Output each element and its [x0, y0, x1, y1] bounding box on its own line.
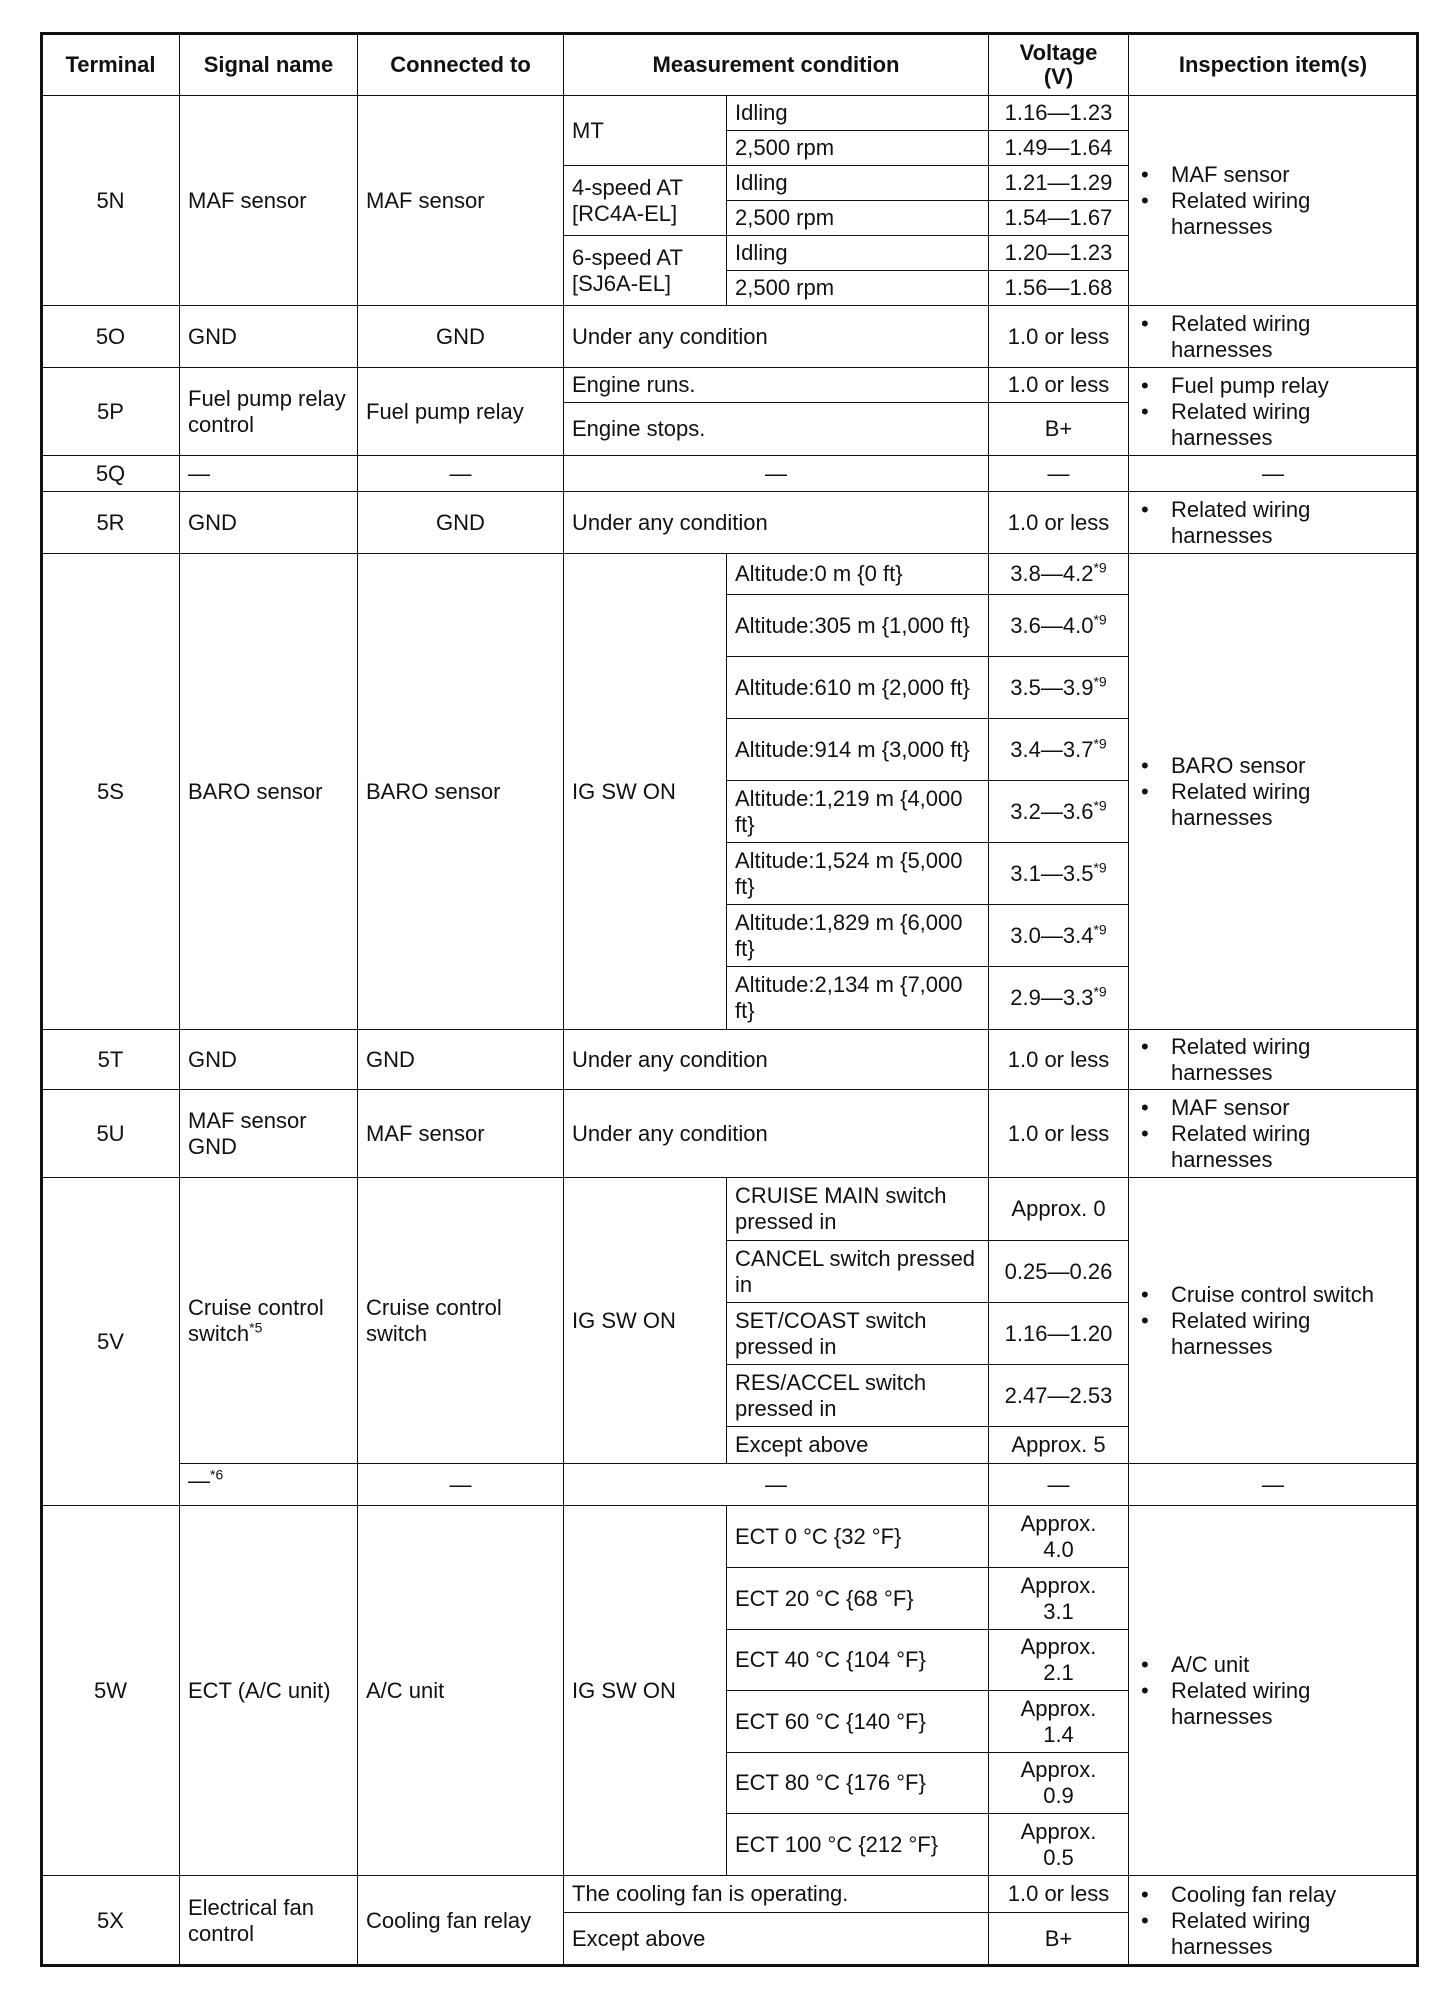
terminal-cell-text: 5T: [98, 1047, 124, 1073]
voltage-cell-text: Approx. 4.0: [1015, 1511, 1102, 1563]
condition-cell-text: 2,500 rpm: [735, 135, 834, 161]
inspection-list: •Related wiring harnesses: [1137, 311, 1409, 363]
voltage-cell: Approx. 0: [988, 1177, 1129, 1241]
signal-name-cell-text: MAF sensor GND: [188, 1108, 349, 1160]
inspection-items-text: —: [1262, 1472, 1284, 1498]
ect-condition-cell: ECT 60 °C {140 °F}: [726, 1690, 989, 1753]
voltage-cell-text: B+: [1045, 1926, 1073, 1952]
inspection-list-item: •BARO sensor: [1137, 753, 1409, 779]
signal-name-cell: BARO sensor: [179, 553, 358, 1030]
signal-name-cell-text: MAF sensor: [188, 188, 307, 214]
voltage-cell: 1.49—1.64: [988, 130, 1129, 166]
connected-to-cell: GND: [357, 1029, 564, 1090]
bullet-icon: •: [1137, 1095, 1171, 1121]
voltage-cell-text: —: [1048, 1472, 1070, 1498]
ect-condition-cell: ECT 0 °C {32 °F}: [726, 1505, 989, 1568]
signal-name-cell-text: GND: [188, 1047, 237, 1073]
voltage-cell-text: B+: [1045, 416, 1073, 442]
switch-condition-cell: SET/COAST switch pressed in: [726, 1302, 989, 1365]
inspection-item-text: Cooling fan relay: [1171, 1882, 1336, 1908]
voltage-cell: 1.16—1.20: [988, 1302, 1129, 1365]
inspection-item-text: Related wiring harnesses: [1171, 1034, 1409, 1086]
voltage-cell: 3.4—3.7*9: [988, 718, 1129, 781]
inspection-item-text: Cruise control switch: [1171, 1282, 1374, 1308]
signal-name-cell-text: GND: [188, 510, 237, 536]
signal-name-cell-text: GND: [188, 324, 237, 350]
voltage-cell: Approx. 5: [988, 1426, 1129, 1464]
connected-to-cell-text: Cooling fan relay: [366, 1908, 531, 1934]
inspection-item-text: MAF sensor: [1171, 1095, 1290, 1121]
connected-to-cell-text: BARO sensor: [366, 779, 501, 805]
inspection-item-text: A/C unit: [1171, 1652, 1249, 1678]
inspection-list: •Related wiring harnesses: [1137, 1034, 1409, 1086]
ect-condition-cell-text: ECT 0 °C {32 °F}: [735, 1524, 901, 1550]
header-signal-name: Signal name: [179, 33, 358, 96]
voltage-cell: 1.54—1.67: [988, 200, 1129, 236]
header-inspection-items: Inspection item(s): [1128, 33, 1418, 96]
voltage-cell: 2.47—2.53: [988, 1364, 1129, 1427]
header-terminal-text: Terminal: [65, 53, 155, 77]
switch-condition-cell-text: RES/ACCEL switch pressed in: [735, 1370, 980, 1422]
connected-to-cell-text: —: [450, 461, 472, 487]
terminal-cell: 5X: [41, 1875, 180, 1966]
footnote-marker: *9: [1093, 611, 1106, 627]
terminal-cell: 5W: [41, 1505, 180, 1876]
inspection-list-item: •Related wiring harnesses: [1137, 1121, 1409, 1173]
bullet-icon: •: [1137, 311, 1171, 363]
terminal-cell-text: 5X: [97, 1908, 124, 1934]
footnote-marker: *9: [1093, 673, 1106, 689]
terminal-cell-text: 5W: [94, 1678, 127, 1704]
signal-name-cell: Electrical fan control: [179, 1875, 358, 1966]
inspection-list-item: •Related wiring harnesses: [1137, 1678, 1409, 1730]
inspection-item-text: Related wiring harnesses: [1171, 497, 1409, 549]
signal-name-cell: MAF sensor GND: [179, 1089, 358, 1178]
voltage-cell-text: 1.20—1.23: [1005, 240, 1113, 266]
voltage-cell: Approx. 4.0: [988, 1505, 1129, 1568]
transmission-type-cell: 4-speed AT [RC4A-EL]: [563, 165, 727, 236]
terminal-cell: 5U: [41, 1089, 180, 1178]
condition-cell: Idling: [726, 95, 989, 131]
voltage-cell-text: Approx. 2.1: [1015, 1634, 1102, 1686]
connected-to-cell-text: MAF sensor: [366, 1121, 485, 1147]
voltage-cell-text: 3.0—3.4*9: [1010, 923, 1106, 949]
inspection-items: •BARO sensor•Related wiring harnesses: [1128, 553, 1418, 1030]
connected-to-cell: A/C unit: [357, 1505, 564, 1876]
signal-name-cell-text: Cruise control switch*5: [188, 1295, 349, 1347]
terminal-cell: 5O: [41, 305, 180, 368]
voltage-cell: 1.0 or less: [988, 367, 1129, 403]
voltage-cell: —: [988, 1463, 1129, 1506]
voltage-cell-text: 3.5—3.9*9: [1010, 675, 1106, 701]
inspection-items-text: —: [1262, 461, 1284, 487]
voltage-cell-text: 0.25—0.26: [1005, 1259, 1113, 1285]
condition-cell-text: Idling: [735, 100, 788, 126]
terminal-cell-text: 5S: [97, 779, 124, 805]
bullet-icon: •: [1137, 373, 1171, 399]
connected-to-cell: MAF sensor: [357, 95, 564, 306]
altitude-condition-cell: Altitude:1,524 m {5,000 ft}: [726, 842, 989, 905]
footnote-marker: *9: [1093, 921, 1106, 937]
inspection-list-item: •Related wiring harnesses: [1137, 311, 1409, 363]
signal-name-cell: MAF sensor: [179, 95, 358, 306]
altitude-condition-cell-text: Altitude:914 m {3,000 ft}: [735, 737, 970, 763]
inspection-list: •MAF sensor•Related wiring harnesses: [1137, 1095, 1409, 1173]
condition-cell-text: Under any condition: [572, 1047, 768, 1073]
inspection-items: •Related wiring harnesses: [1128, 1029, 1418, 1090]
condition-cell: 2,500 rpm: [726, 270, 989, 306]
bullet-icon: •: [1137, 1678, 1171, 1730]
altitude-condition-cell: Altitude:914 m {3,000 ft}: [726, 718, 989, 781]
condition-cell-text: Idling: [735, 240, 788, 266]
header-voltage-text: Voltage (V): [1015, 41, 1102, 89]
voltage-cell-text: 1.16—1.23: [1005, 100, 1113, 126]
voltage-cell-text: 1.21—1.29: [1005, 170, 1113, 196]
transmission-type-cell: MT: [563, 95, 727, 166]
inspection-list-item: •Cruise control switch: [1137, 1282, 1409, 1308]
condition-cell: The cooling fan is operating.: [563, 1875, 989, 1913]
voltage-cell-text: Approx. 0.5: [1015, 1819, 1102, 1871]
condition-cell: Idling: [726, 235, 989, 271]
condition-cell: Under any condition: [563, 1089, 989, 1178]
bullet-icon: •: [1137, 1121, 1171, 1173]
inspection-list: •BARO sensor•Related wiring harnesses: [1137, 753, 1409, 831]
terminal-cell-text: 5N: [96, 188, 124, 214]
switch-condition-cell: RES/ACCEL switch pressed in: [726, 1364, 989, 1427]
signal-name-cell: GND: [179, 305, 358, 368]
condition-cell-text: Under any condition: [572, 510, 768, 536]
altitude-condition-cell-text: Altitude:0 m {0 ft}: [735, 561, 903, 587]
voltage-cell-text: 1.0 or less: [1008, 1881, 1110, 1907]
condition-cell: Under any condition: [563, 305, 989, 368]
inspection-list: •Fuel pump relay•Related wiring harnesse…: [1137, 373, 1409, 451]
condition-cell: —: [563, 455, 989, 492]
signal-name-cell: Fuel pump relay control: [179, 367, 358, 456]
inspection-list-item: •Related wiring harnesses: [1137, 497, 1409, 549]
voltage-cell-text: 3.2—3.6*9: [1010, 799, 1106, 825]
header-signal-name-text: Signal name: [204, 53, 334, 77]
ect-condition-cell-text: ECT 100 °C {212 °F}: [735, 1832, 938, 1858]
ect-condition-cell-text: ECT 40 °C {104 °F}: [735, 1647, 926, 1673]
inspection-item-text: MAF sensor: [1171, 162, 1290, 188]
inspection-items: •MAF sensor•Related wiring harnesses: [1128, 95, 1418, 306]
bullet-icon: •: [1137, 753, 1171, 779]
terminal-cell: 5R: [41, 491, 180, 554]
footnote-marker: *5: [249, 1319, 262, 1335]
bullet-icon: •: [1137, 188, 1171, 240]
condition-cell: IG SW ON: [563, 1505, 727, 1876]
inspection-item-text: Related wiring harnesses: [1171, 1308, 1409, 1360]
inspection-list-item: •Cooling fan relay: [1137, 1882, 1409, 1908]
terminal-cell-text: 5P: [97, 399, 124, 425]
voltage-cell: 3.5—3.9*9: [988, 656, 1129, 719]
connected-to-cell: —: [357, 1463, 564, 1506]
condition-cell-text: Idling: [735, 170, 788, 196]
connected-to-cell: MAF sensor: [357, 1089, 564, 1178]
header-terminal: Terminal: [41, 33, 180, 96]
transmission-type-cell-text: 4-speed AT [RC4A-EL]: [572, 175, 718, 227]
terminal-cell-text: 5U: [96, 1121, 124, 1147]
voltage-cell-text: 3.1—3.5*9: [1010, 861, 1106, 887]
condition-cell: Engine stops.: [563, 402, 989, 456]
voltage-cell: 3.6—4.0*9: [988, 594, 1129, 657]
terminal-voltage-table: TerminalSignal nameConnected toMeasureme…: [0, 0, 1456, 2006]
voltage-cell: —: [988, 455, 1129, 492]
altitude-condition-cell-text: Altitude:305 m {1,000 ft}: [735, 613, 970, 639]
voltage-cell-text: 1.0 or less: [1008, 372, 1110, 398]
voltage-cell: 1.0 or less: [988, 1089, 1129, 1178]
terminal-cell: 5V: [41, 1177, 180, 1506]
switch-condition-cell-text: CRUISE MAIN switch pressed in: [735, 1183, 980, 1235]
inspection-list: •Cooling fan relay•Related wiring harnes…: [1137, 1882, 1409, 1960]
inspection-item-text: Related wiring harnesses: [1171, 1121, 1409, 1173]
switch-condition-cell: CRUISE MAIN switch pressed in: [726, 1177, 989, 1241]
voltage-cell: Approx. 0.5: [988, 1813, 1129, 1876]
inspection-list: •MAF sensor•Related wiring harnesses: [1137, 162, 1409, 240]
voltage-cell: 3.8—4.2*9: [988, 553, 1129, 595]
inspection-items: •A/C unit•Related wiring harnesses: [1128, 1505, 1418, 1876]
terminal-cell: 5S: [41, 553, 180, 1030]
signal-name-cell: GND: [179, 1029, 358, 1090]
ect-condition-cell: ECT 100 °C {212 °F}: [726, 1813, 989, 1876]
condition-cell: Under any condition: [563, 491, 989, 554]
footnote-marker: *9: [1093, 859, 1106, 875]
signal-name-cell: ECT (A/C unit): [179, 1505, 358, 1876]
voltage-cell-text: Approx. 5: [1011, 1432, 1105, 1458]
connected-to-cell: Cooling fan relay: [357, 1875, 564, 1966]
connected-to-cell: GND: [357, 305, 564, 368]
inspection-list-item: •MAF sensor: [1137, 162, 1409, 188]
transmission-type-cell-text: MT: [572, 118, 604, 144]
inspection-list-item: •Related wiring harnesses: [1137, 779, 1409, 831]
voltage-cell: Approx. 2.1: [988, 1629, 1129, 1691]
altitude-condition-cell: Altitude:2,134 m {7,000 ft}: [726, 966, 989, 1030]
bullet-icon: •: [1137, 1652, 1171, 1678]
footnote-marker: *9: [1093, 984, 1106, 1000]
inspection-item-text: Related wiring harnesses: [1171, 188, 1409, 240]
connected-to-cell: Cruise control switch: [357, 1177, 564, 1464]
inspection-item-text: Related wiring harnesses: [1171, 399, 1409, 451]
signal-name-cell-text: BARO sensor: [188, 779, 323, 805]
ect-condition-cell: ECT 40 °C {104 °F}: [726, 1629, 989, 1691]
voltage-cell: 1.0 or less: [988, 491, 1129, 554]
condition-cell: Under any condition: [563, 1029, 989, 1090]
altitude-condition-cell-text: Altitude:1,219 m {4,000 ft}: [735, 786, 980, 838]
voltage-cell-text: 1.56—1.68: [1005, 275, 1113, 301]
transmission-type-cell: 6-speed AT [SJ6A-EL]: [563, 235, 727, 306]
inspection-list: •Cruise control switch•Related wiring ha…: [1137, 1282, 1409, 1360]
voltage-cell: 1.16—1.23: [988, 95, 1129, 131]
bullet-icon: •: [1137, 779, 1171, 831]
condition-cell-text: IG SW ON: [572, 779, 676, 805]
voltage-cell-text: 1.49—1.64: [1005, 135, 1113, 161]
voltage-cell: 3.0—3.4*9: [988, 904, 1129, 967]
connected-to-cell: BARO sensor: [357, 553, 564, 1030]
inspection-items: •Related wiring harnesses: [1128, 305, 1418, 368]
footnote-marker: *9: [1093, 735, 1106, 751]
altitude-condition-cell-text: Altitude:2,134 m {7,000 ft}: [735, 972, 980, 1024]
inspection-items: •Fuel pump relay•Related wiring harnesse…: [1128, 367, 1418, 456]
signal-name-cell: GND: [179, 491, 358, 554]
ect-condition-cell: ECT 20 °C {68 °F}: [726, 1567, 989, 1630]
inspection-item-text: BARO sensor: [1171, 753, 1306, 779]
inspection-items: •Cruise control switch•Related wiring ha…: [1128, 1177, 1418, 1464]
bullet-icon: •: [1137, 1308, 1171, 1360]
signal-name-cell-text: Fuel pump relay control: [188, 386, 349, 438]
header-measurement-condition: Measurement condition: [563, 33, 989, 96]
bullet-icon: •: [1137, 1882, 1171, 1908]
footnote-marker: *9: [1093, 560, 1106, 576]
bullet-icon: •: [1137, 1282, 1171, 1308]
condition-cell-text: Under any condition: [572, 324, 768, 350]
inspection-list-item: •Fuel pump relay: [1137, 373, 1409, 399]
connected-to-cell-text: Cruise control switch: [366, 1295, 555, 1347]
condition-cell: IG SW ON: [563, 553, 727, 1030]
inspection-list-item: •Related wiring harnesses: [1137, 399, 1409, 451]
inspection-items: •MAF sensor•Related wiring harnesses: [1128, 1089, 1418, 1178]
voltage-cell-text: Approx. 0: [1011, 1196, 1105, 1222]
voltage-cell: B+: [988, 402, 1129, 456]
inspection-list: •Related wiring harnesses: [1137, 497, 1409, 549]
voltage-cell: B+: [988, 1912, 1129, 1966]
voltage-cell: 2.9—3.3*9: [988, 966, 1129, 1030]
transmission-type-cell-text: 6-speed AT [SJ6A-EL]: [572, 245, 718, 297]
connected-to-cell-text: GND: [436, 324, 485, 350]
altitude-condition-cell: Altitude:610 m {2,000 ft}: [726, 656, 989, 719]
connected-to-cell-text: GND: [366, 1047, 415, 1073]
switch-condition-cell-text: Except above: [735, 1432, 868, 1458]
header-connected-to-text: Connected to: [390, 53, 531, 77]
header-inspection-items-text: Inspection item(s): [1179, 53, 1367, 77]
altitude-condition-cell: Altitude:0 m {0 ft}: [726, 553, 989, 595]
signal-name-cell: Cruise control switch*5: [179, 1177, 358, 1464]
inspection-item-text: Related wiring harnesses: [1171, 1678, 1409, 1730]
voltage-cell: 0.25—0.26: [988, 1240, 1129, 1303]
terminal-cell: 5N: [41, 95, 180, 306]
terminal-cell: 5T: [41, 1029, 180, 1090]
signal-name-cell-text: ECT (A/C unit): [188, 1678, 331, 1704]
bullet-icon: •: [1137, 1908, 1171, 1960]
voltage-cell: 1.20—1.23: [988, 235, 1129, 271]
signal-name-cell-text: —*6: [188, 1468, 223, 1494]
signal-name-cell-text: —: [188, 461, 210, 487]
ect-condition-cell-text: ECT 80 °C {176 °F}: [735, 1770, 926, 1796]
altitude-condition-cell-text: Altitude:1,829 m {6,000 ft}: [735, 910, 980, 962]
switch-condition-cell: CANCEL switch pressed in: [726, 1240, 989, 1303]
voltage-cell-text: 1.0 or less: [1008, 324, 1110, 350]
bullet-icon: •: [1137, 1034, 1171, 1086]
inspection-items: •Related wiring harnesses: [1128, 491, 1418, 554]
voltage-cell-text: 1.0 or less: [1008, 1121, 1110, 1147]
condition-cell-text: —: [765, 1472, 787, 1498]
voltage-cell-text: Approx. 0.9: [1015, 1757, 1102, 1809]
connected-to-cell: —: [357, 455, 564, 492]
condition-cell: —: [563, 1463, 989, 1506]
terminal-cell-text: 5O: [96, 324, 125, 350]
voltage-cell-text: 3.8—4.2*9: [1010, 561, 1106, 587]
connected-to-cell: GND: [357, 491, 564, 554]
connected-to-cell: Fuel pump relay: [357, 367, 564, 456]
inspection-item-text: Related wiring harnesses: [1171, 311, 1409, 363]
connected-to-cell-text: MAF sensor: [366, 188, 485, 214]
bullet-icon: •: [1137, 399, 1171, 451]
inspection-item-text: Fuel pump relay: [1171, 373, 1329, 399]
inspection-items: •Cooling fan relay•Related wiring harnes…: [1128, 1875, 1418, 1966]
voltage-cell: 1.0 or less: [988, 305, 1129, 368]
inspection-list-item: •Related wiring harnesses: [1137, 1034, 1409, 1086]
condition-cell-text: IG SW ON: [572, 1678, 676, 1704]
voltage-cell-text: 2.47—2.53: [1005, 1383, 1113, 1409]
signal-name-cell-text: Electrical fan control: [188, 1895, 349, 1947]
inspection-items: —: [1128, 455, 1418, 492]
connected-to-cell-text: A/C unit: [366, 1678, 444, 1704]
bullet-icon: •: [1137, 162, 1171, 188]
voltage-cell-text: 1.0 or less: [1008, 1047, 1110, 1073]
altitude-condition-cell: Altitude:1,829 m {6,000 ft}: [726, 904, 989, 967]
voltage-cell: 1.0 or less: [988, 1875, 1129, 1913]
connected-to-cell-text: Fuel pump relay: [366, 399, 524, 425]
condition-cell-text: Engine runs.: [572, 372, 696, 398]
voltage-cell: Approx. 1.4: [988, 1690, 1129, 1753]
voltage-cell-text: 3.4—3.7*9: [1010, 737, 1106, 763]
condition-cell-text: Engine stops.: [572, 416, 705, 442]
ect-condition-cell-text: ECT 20 °C {68 °F}: [735, 1586, 914, 1612]
switch-condition-cell-text: SET/COAST switch pressed in: [735, 1308, 980, 1360]
condition-cell-text: —: [765, 461, 787, 487]
voltage-cell-text: 1.0 or less: [1008, 510, 1110, 536]
switch-condition-cell: Except above: [726, 1426, 989, 1464]
voltage-cell-text: Approx. 3.1: [1015, 1573, 1102, 1625]
signal-name-cell: —: [179, 455, 358, 492]
condition-cell: Engine runs.: [563, 367, 989, 403]
voltage-cell-text: 1.16—1.20: [1005, 1321, 1113, 1347]
inspection-list-item: •Related wiring harnesses: [1137, 1908, 1409, 1960]
condition-cell: 2,500 rpm: [726, 200, 989, 236]
ect-condition-cell: ECT 80 °C {176 °F}: [726, 1752, 989, 1814]
condition-cell: IG SW ON: [563, 1177, 727, 1464]
terminal-cell-text: 5Q: [96, 461, 125, 487]
voltage-cell-text: 1.54—1.67: [1005, 205, 1113, 231]
inspection-list-item: •A/C unit: [1137, 1652, 1409, 1678]
voltage-cell: 3.2—3.6*9: [988, 780, 1129, 843]
inspection-list: •A/C unit•Related wiring harnesses: [1137, 1652, 1409, 1730]
altitude-condition-cell-text: Altitude:610 m {2,000 ft}: [735, 675, 970, 701]
bullet-icon: •: [1137, 497, 1171, 549]
footnote-marker: *6: [210, 1467, 223, 1483]
switch-condition-cell-text: CANCEL switch pressed in: [735, 1246, 980, 1298]
condition-cell: 2,500 rpm: [726, 130, 989, 166]
terminal-cell: 5P: [41, 367, 180, 456]
footnote-marker: *9: [1093, 797, 1106, 813]
voltage-cell: Approx. 3.1: [988, 1567, 1129, 1630]
condition-cell: Except above: [563, 1912, 989, 1966]
voltage-cell: 1.21—1.29: [988, 165, 1129, 201]
condition-cell-text: 2,500 rpm: [735, 275, 834, 301]
voltage-cell-text: Approx. 1.4: [1015, 1696, 1102, 1748]
voltage-cell: 1.0 or less: [988, 1029, 1129, 1090]
header-voltage: Voltage (V): [988, 33, 1129, 96]
terminal-cell-text: 5R: [96, 510, 124, 536]
connected-to-cell-text: —: [450, 1472, 472, 1498]
altitude-condition-cell-text: Altitude:1,524 m {5,000 ft}: [735, 848, 980, 900]
ect-condition-cell-text: ECT 60 °C {140 °F}: [735, 1709, 926, 1735]
voltage-cell: 1.56—1.68: [988, 270, 1129, 306]
voltage-cell-text: 2.9—3.3*9: [1010, 985, 1106, 1011]
inspection-list-item: •Related wiring harnesses: [1137, 1308, 1409, 1360]
condition-cell-text: 2,500 rpm: [735, 205, 834, 231]
inspection-items: —: [1128, 1463, 1418, 1506]
condition-cell-text: The cooling fan is operating.: [572, 1881, 848, 1907]
